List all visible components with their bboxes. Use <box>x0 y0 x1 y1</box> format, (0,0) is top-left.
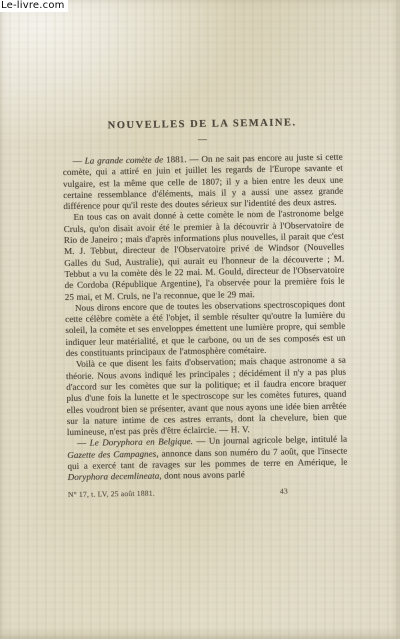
article-title: NOUVELLES DE LA SEMAINE. <box>62 117 342 132</box>
footer-page-number: 43 <box>280 486 288 495</box>
scanned-page: NOUVELLES DE LA SEMAINE. — — La grande c… <box>62 117 348 499</box>
page-footer: N° 17, t. LV, 25 août 1881. 43 <box>68 485 348 498</box>
article-paragraph-theories: Voilà ce que disent les faits d'observat… <box>66 355 347 438</box>
section-divider: — <box>62 132 342 146</box>
footer-issue-info: N° 17, t. LV, 25 août 1881. <box>68 488 155 498</box>
article-paragraph-comet-intro: — La grande comète de 1881. — On ne sait… <box>63 152 344 213</box>
watermark: Le-livre.com <box>0 0 68 12</box>
article-paragraph-spectroscopy: Nous dirons encore que de toutes les obs… <box>65 298 346 359</box>
article-paragraph-discovery: En tous cas on avait donné à cette comèt… <box>63 208 344 303</box>
article-paragraph-doryphora: — Le Doryphora en Belgique. — Un journal… <box>67 434 348 484</box>
